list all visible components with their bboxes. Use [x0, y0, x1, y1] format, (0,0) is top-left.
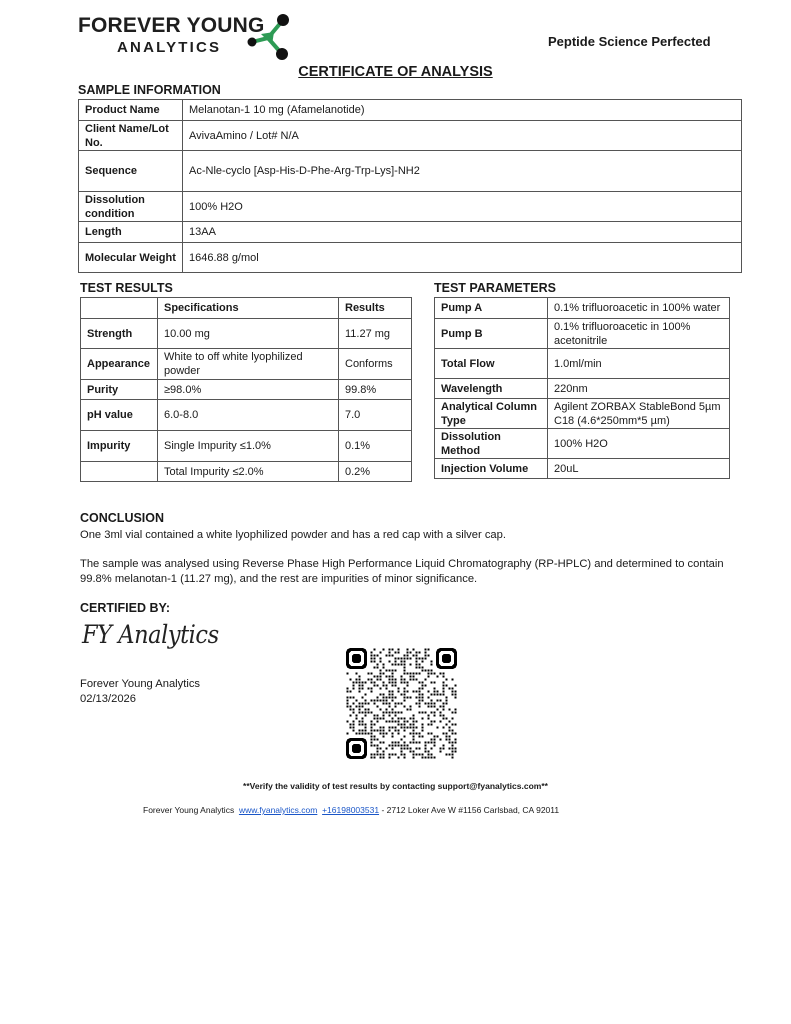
- test-result: 11.27 mg: [339, 319, 412, 349]
- parameter-label: Total Flow: [435, 349, 548, 379]
- row-value: Ac-Nle-cyclo [Asp-His-D-Phe-Arg-Trp-Lys]…: [183, 151, 742, 192]
- row-value: Melanotan-1 10 mg (Afamelanotide): [183, 100, 742, 121]
- company-logo: FOREVER YOUNG ANALYTICS: [78, 12, 293, 62]
- test-specification: 10.00 mg: [158, 319, 339, 349]
- sample-information-table: Product Name Melanotan-1 10 mg (Afamelan…: [78, 99, 742, 273]
- test-specification: Single Impurity ≤1.0%: [158, 431, 339, 462]
- test-name: pH value: [81, 400, 158, 431]
- test-parameters-table: Pump A 0.1% trifluoroacetic in 100% wate…: [434, 297, 730, 479]
- phone-link[interactable]: +16198003531: [322, 805, 379, 815]
- table-row: Impurity Single Impurity ≤1.0% 0.1%: [81, 431, 412, 462]
- table-row: Pump A 0.1% trifluoroacetic in 100% wate…: [435, 298, 730, 319]
- table-row: Strength 10.00 mg 11.27 mg: [81, 319, 412, 349]
- table-row: Pump B 0.1% trifluoroacetic in 100% acet…: [435, 319, 730, 349]
- table-row: Dissolution condition 100% H2O: [79, 192, 742, 222]
- row-label: Molecular Weight: [79, 243, 183, 273]
- parameter-label: Pump A: [435, 298, 548, 319]
- tagline: Peptide Science Perfected: [548, 34, 711, 49]
- website-link[interactable]: www.fyanalytics.com: [239, 805, 317, 815]
- test-name: [81, 462, 158, 482]
- table-row: pH value 6.0-8.0 7.0: [81, 400, 412, 431]
- row-label: Length: [79, 222, 183, 243]
- parameter-value: 100% H2O: [548, 429, 730, 459]
- logo-text-line1: FOREVER YOUNG: [78, 14, 265, 38]
- row-label: Product Name: [79, 100, 183, 121]
- test-specification: White to off white lyophilized powder: [158, 349, 339, 380]
- certifier-organization: Forever Young Analytics: [80, 677, 200, 692]
- parameter-label: Analytical Column Type: [435, 399, 548, 429]
- test-name: Strength: [81, 319, 158, 349]
- table-row: Appearance White to off white lyophilize…: [81, 349, 412, 380]
- verify-note: **Verify the validity of test results by…: [0, 781, 791, 791]
- table-row: Molecular Weight 1646.88 g/mol: [79, 243, 742, 273]
- footer-address: - 2712 Loker Ave W #1156 Carlsbad, CA 92…: [381, 805, 559, 815]
- test-name: Purity: [81, 380, 158, 400]
- table-header-row: Specifications Results: [81, 298, 412, 319]
- test-result: 0.2%: [339, 462, 412, 482]
- table-row: Analytical Column Type Agilent ZORBAX St…: [435, 399, 730, 429]
- parameter-label: Dissolution Method: [435, 429, 548, 459]
- table-row: Client Name/Lot No. AvivaAmino / Lot# N/…: [79, 121, 742, 151]
- row-label: Client Name/Lot No.: [79, 121, 183, 151]
- test-specification: ≥98.0%: [158, 380, 339, 400]
- signature: FY Analytics: [82, 620, 219, 649]
- table-row: Length 13AA: [79, 222, 742, 243]
- row-value: AvivaAmino / Lot# N/A: [183, 121, 742, 151]
- test-result: 0.1%: [339, 431, 412, 462]
- table-row: Sequence Ac-Nle-cyclo [Asp-His-D-Phe-Arg…: [79, 151, 742, 192]
- table-row: Wavelength 220nm: [435, 379, 730, 399]
- parameter-value: 1.0ml/min: [548, 349, 730, 379]
- test-name: Impurity: [81, 431, 158, 462]
- row-label: Dissolution condition: [79, 192, 183, 222]
- parameter-value: 0.1% trifluoroacetic in 100% acetonitril…: [548, 319, 730, 349]
- table-row: Product Name Melanotan-1 10 mg (Afamelan…: [79, 100, 742, 121]
- parameter-label: Wavelength: [435, 379, 548, 399]
- table-row: Total Flow 1.0ml/min: [435, 349, 730, 379]
- column-header: Specifications: [158, 298, 339, 319]
- row-value: 1646.88 g/mol: [183, 243, 742, 273]
- test-result: 7.0: [339, 400, 412, 431]
- row-value: 13AA: [183, 222, 742, 243]
- parameter-value: Agilent ZORBAX StableBond 5µm C18 (4.6*2…: [548, 399, 730, 429]
- certified-by-heading: CERTIFIED BY:: [80, 601, 170, 615]
- test-results-heading: TEST RESULTS: [80, 281, 173, 295]
- table-row: Dissolution Method 100% H2O: [435, 429, 730, 459]
- certification-date: 02/13/2026: [80, 692, 136, 707]
- parameter-value: 0.1% trifluoroacetic in 100% water: [548, 298, 730, 319]
- parameter-value: 20uL: [548, 459, 730, 479]
- conclusion-paragraph-1: One 3ml vial contained a white lyophiliz…: [80, 528, 506, 543]
- logo-text-line2: ANALYTICS: [117, 39, 221, 56]
- test-parameters-heading: TEST PARAMETERS: [434, 281, 556, 295]
- document-title: CERTIFICATE OF ANALYSIS: [0, 64, 791, 80]
- footer-company: Forever Young Analytics: [143, 805, 234, 815]
- column-header: [81, 298, 158, 319]
- qr-code-icon[interactable]: [346, 648, 457, 759]
- molecule-icon: [246, 12, 290, 62]
- column-header: Results: [339, 298, 412, 319]
- table-row: Purity ≥98.0% 99.8%: [81, 380, 412, 400]
- parameter-label: Pump B: [435, 319, 548, 349]
- row-value: 100% H2O: [183, 192, 742, 222]
- test-results-table: Specifications Results Strength 10.00 mg…: [80, 297, 412, 482]
- footer-contact: Forever Young Analytics www.fyanalytics.…: [143, 805, 559, 815]
- test-result: 99.8%: [339, 380, 412, 400]
- conclusion-heading: CONCLUSION: [80, 511, 164, 525]
- test-specification: 6.0-8.0: [158, 400, 339, 431]
- table-row: Injection Volume 20uL: [435, 459, 730, 479]
- test-specification: Total Impurity ≤2.0%: [158, 462, 339, 482]
- test-result: Conforms: [339, 349, 412, 380]
- row-label: Sequence: [79, 151, 183, 192]
- parameter-value: 220nm: [548, 379, 730, 399]
- sample-information-heading: SAMPLE INFORMATION: [78, 83, 221, 97]
- table-row: Total Impurity ≤2.0% 0.2%: [81, 462, 412, 482]
- parameter-label: Injection Volume: [435, 459, 548, 479]
- test-name: Appearance: [81, 349, 158, 380]
- conclusion-paragraph-2: The sample was analysed using Reverse Ph…: [80, 557, 740, 587]
